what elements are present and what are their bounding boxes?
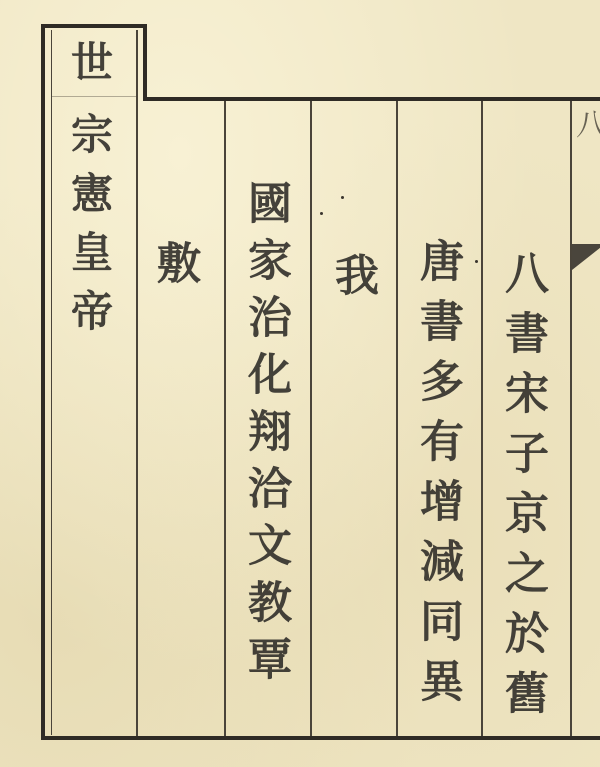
- column-3-text: 我: [330, 252, 374, 311]
- frame-left: [41, 24, 45, 740]
- frame-top: [143, 97, 600, 101]
- ink-speck: [320, 212, 323, 215]
- column-divider: [481, 101, 483, 736]
- column-divider: [396, 101, 398, 736]
- tab-char-shi: 世: [68, 40, 110, 97]
- ink-speck: [475, 260, 478, 263]
- column-4-text: 國家治化翔洽文教覃: [243, 180, 287, 693]
- column-divider: [310, 101, 312, 736]
- column-divider: [224, 101, 226, 736]
- tab-frame-right: [143, 24, 147, 100]
- document-page: 八 世 宗憲皇帝 八書宋子京之於舊 唐書多有增減同異 我 國家治化翔洽文教覃 敷: [0, 0, 600, 767]
- inner-left-line: [51, 30, 52, 735]
- column-1-text: 八書宋子京之於舊: [500, 250, 544, 730]
- tab-frame-top: [43, 24, 147, 28]
- column-2-text: 唐書多有增減同異: [415, 238, 459, 718]
- column-divider: [136, 30, 138, 736]
- fishtail-mark: [572, 244, 600, 270]
- tab-emperor-title: 宗憲皇帝: [68, 112, 110, 348]
- frame-bottom: [41, 736, 600, 740]
- edge-fragment-char: 八: [576, 100, 600, 144]
- column-5-text: 敷: [152, 240, 196, 299]
- column-divider: [570, 101, 572, 736]
- ink-speck: [341, 196, 344, 199]
